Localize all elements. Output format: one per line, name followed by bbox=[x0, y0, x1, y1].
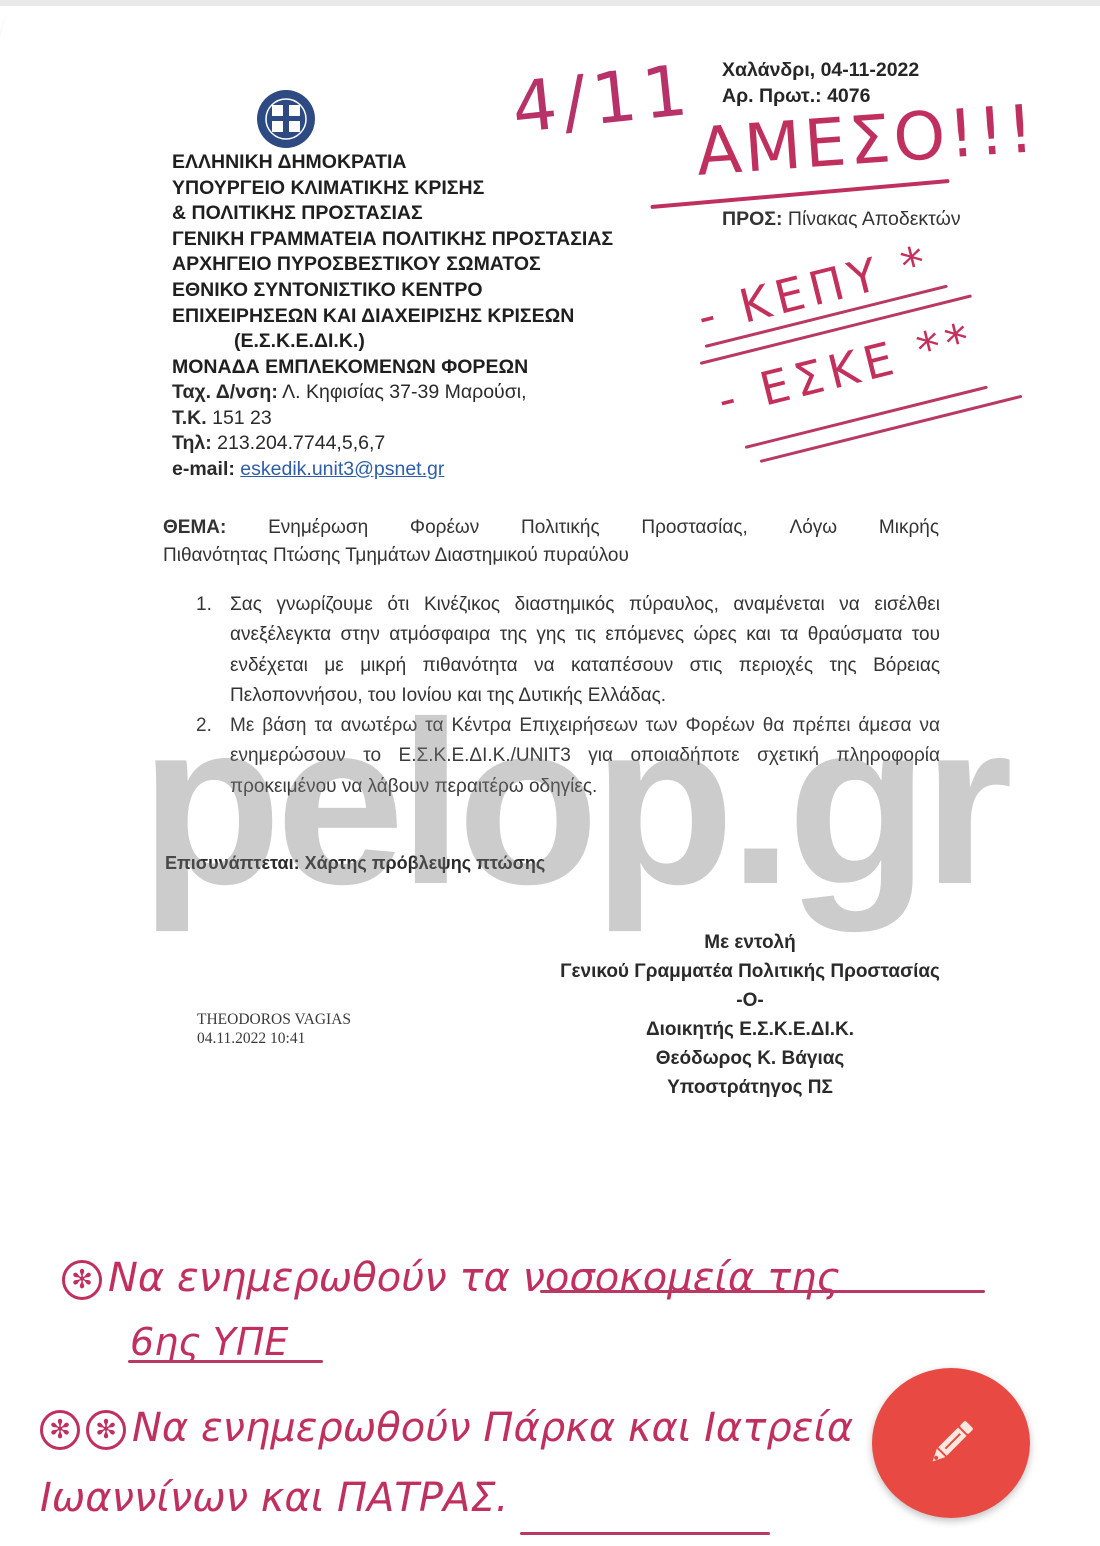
signature-line: Θεόδωρος Κ. Βάγιας bbox=[480, 1044, 1020, 1073]
org-line: (Ε.Σ.Κ.Ε.ΔΙ.Κ.) bbox=[172, 329, 613, 355]
paper-fold-line bbox=[0, 12, 8, 231]
item-number: 1. bbox=[196, 590, 230, 711]
stamp-name: THEODOROS VAGIAS bbox=[197, 1010, 351, 1029]
stamp-datetime: 04.11.2022 10:41 bbox=[197, 1029, 351, 1048]
pencil-icon bbox=[919, 1411, 983, 1475]
org-line: ΕΘΝΙΚΟ ΣΥΝΤΟΝΙΣΤΙΚΟ ΚΕΝΤΡΟ bbox=[172, 278, 613, 304]
recipient-label: ΠΡΟΣ: bbox=[722, 208, 782, 230]
phone-value: 213.204.7744,5,6,7 bbox=[217, 432, 385, 454]
list-item: 2. Με βάση τα ανωτέρω τα Κέντρα Επιχειρή… bbox=[196, 711, 940, 802]
contact-block: Ταχ. Δ/νση: Λ. Κηφισίας 37-39 Μαρούσι, Τ… bbox=[172, 380, 527, 482]
subject-word: Προστασίας, bbox=[641, 514, 747, 542]
asterisk-marker-icon: ✻ bbox=[40, 1410, 80, 1450]
greek-republic-emblem-icon bbox=[257, 90, 315, 148]
item-text: Με βάση τα ανωτέρω τα Κέντρα Επιχειρήσεω… bbox=[230, 711, 940, 802]
handwritten-note-1-cont: 6ης ΥΠΕ bbox=[130, 1320, 288, 1364]
body-list: 1. Σας γνωρίζουμε ότι Κινέζικος διαστημι… bbox=[196, 590, 940, 802]
list-item: 1. Σας γνωρίζουμε ότι Κινέζικος διαστημι… bbox=[196, 590, 940, 711]
postcode-value: 151 23 bbox=[212, 407, 272, 429]
email-label: e-mail: bbox=[172, 458, 235, 480]
address-value: Λ. Κηφισίας 37-39 Μαρούσι, bbox=[282, 381, 526, 403]
organization-header: ΕΛΛΗΝΙΚΗ ΔΗΜΟΚΡΑΤΙΑ ΥΠΟΥΡΓΕΙΟ ΚΛΙΜΑΤΙΚΗΣ… bbox=[172, 150, 613, 380]
handwritten-note-1: ✻Να ενημερωθούν τα νοσοκομεία της bbox=[62, 1255, 840, 1301]
signature-line: Με εντολή bbox=[480, 928, 1020, 957]
signature-line: Υποστράτηγος ΠΣ bbox=[480, 1073, 1020, 1102]
handwritten-note-2: ✻✻Να ενημερωθούν Πάρκα και Ιατρεία bbox=[40, 1405, 853, 1451]
handwritten-underline bbox=[520, 1532, 770, 1535]
org-line: ΥΠΟΥΡΓΕΙΟ ΚΛΙΜΑΤΙΚΗΣ ΚΡΙΣΗΣ bbox=[172, 176, 613, 202]
signature-line: -Ο- bbox=[480, 986, 1020, 1015]
handwritten-date: 4/11 bbox=[508, 49, 697, 149]
postcode-label: Τ.Κ. bbox=[172, 407, 207, 429]
subject-block: ΘΕΜΑ: Ενημέρωση Φορέων Πολιτικής Προστασ… bbox=[163, 514, 939, 570]
subject-word: Λόγω bbox=[790, 514, 838, 542]
handwritten-note-2-cont: Ιωαννίνων και ΠΑΤΡΑΣ. bbox=[40, 1475, 508, 1521]
org-line: ΓΕΝΙΚΗ ΓΡΑΜΜΑΤΕΙΑ ΠΟΛΙΤΙΚΗΣ ΠΡΟΣΤΑΣΙΑΣ bbox=[172, 227, 613, 253]
item-number: 2. bbox=[196, 711, 230, 802]
recipient-line: ΠΡΟΣ: Πίνακας Αποδεκτών bbox=[722, 208, 961, 231]
subject-label: ΘΕΜΑ: bbox=[163, 514, 226, 542]
top-edge bbox=[0, 0, 1100, 6]
item-text: Σας γνωρίζουμε ότι Κινέζικος διαστημικός… bbox=[230, 590, 940, 711]
recipient-value: Πίνακας Αποδεκτών bbox=[788, 208, 961, 230]
edit-fab-button[interactable] bbox=[872, 1368, 1030, 1518]
subject-word: Μικρής bbox=[879, 514, 939, 542]
emblem-cross-icon bbox=[263, 96, 309, 142]
signature-block: Με εντολή Γενικού Γραμματέα Πολιτικής Πρ… bbox=[480, 928, 1020, 1102]
handwritten-underline bbox=[128, 1360, 323, 1363]
place-date: Χαλάνδρι, 04-11-2022 bbox=[722, 57, 919, 83]
subject-word: Φορέων bbox=[410, 514, 479, 542]
org-line: ΕΛΛΗΝΙΚΗ ΔΗΜΟΚΡΑΤΙΑ bbox=[172, 150, 613, 176]
digital-signature-stamp: THEODOROS VAGIAS 04.11.2022 10:41 bbox=[197, 1010, 351, 1048]
org-line: ΜΟΝΑΔΑ ΕΜΠΛΕΚΟΜΕΝΩΝ ΦΟΡΕΩΝ bbox=[172, 355, 613, 381]
subject-word: Ενημέρωση bbox=[268, 514, 368, 542]
org-line: ΕΠΙΧΕΙΡΗΣΕΩΝ ΚΑΙ ΔΙΑΧΕΙΡΙΣΗΣ ΚΡΙΣΕΩΝ bbox=[172, 304, 613, 330]
subject-line-2: Πιθανότητας Πτώσης Τμημάτων Διαστημικού … bbox=[163, 542, 939, 570]
signature-line: Γενικού Γραμματέα Πολιτικής Προστασίας bbox=[480, 957, 1020, 986]
phone-label: Τηλ: bbox=[172, 432, 212, 454]
email-link[interactable]: eskedik.unit3@psnet.gr bbox=[240, 458, 444, 480]
subject-word: Πολιτικής bbox=[521, 514, 600, 542]
signature-line: Διοικητής Ε.Σ.Κ.Ε.ΔΙ.Κ. bbox=[480, 1015, 1020, 1044]
asterisk-marker-icon: ✻ bbox=[62, 1260, 102, 1300]
attachment-note: Επισυνάπτεται: Χάρτης πρόβλεψης πτώσης bbox=[165, 853, 545, 874]
org-line: & ΠΟΛΙΤΙΚΗΣ ΠΡΟΣΤΑΣΙΑΣ bbox=[172, 201, 613, 227]
handwritten-underline bbox=[540, 1290, 985, 1293]
address-label: Ταχ. Δ/νση: bbox=[172, 381, 278, 403]
note-text: Να ενημερωθούν Πάρκα και Ιατρεία bbox=[132, 1405, 853, 1451]
note-text: Να ενημερωθούν τα νοσοκομεία της bbox=[108, 1255, 840, 1301]
org-line: ΑΡΧΗΓΕΙΟ ΠΥΡΟΣΒΕΣΤΙΚΟΥ ΣΩΜΑΤΟΣ bbox=[172, 252, 613, 278]
asterisk-marker-icon: ✻ bbox=[86, 1410, 126, 1450]
